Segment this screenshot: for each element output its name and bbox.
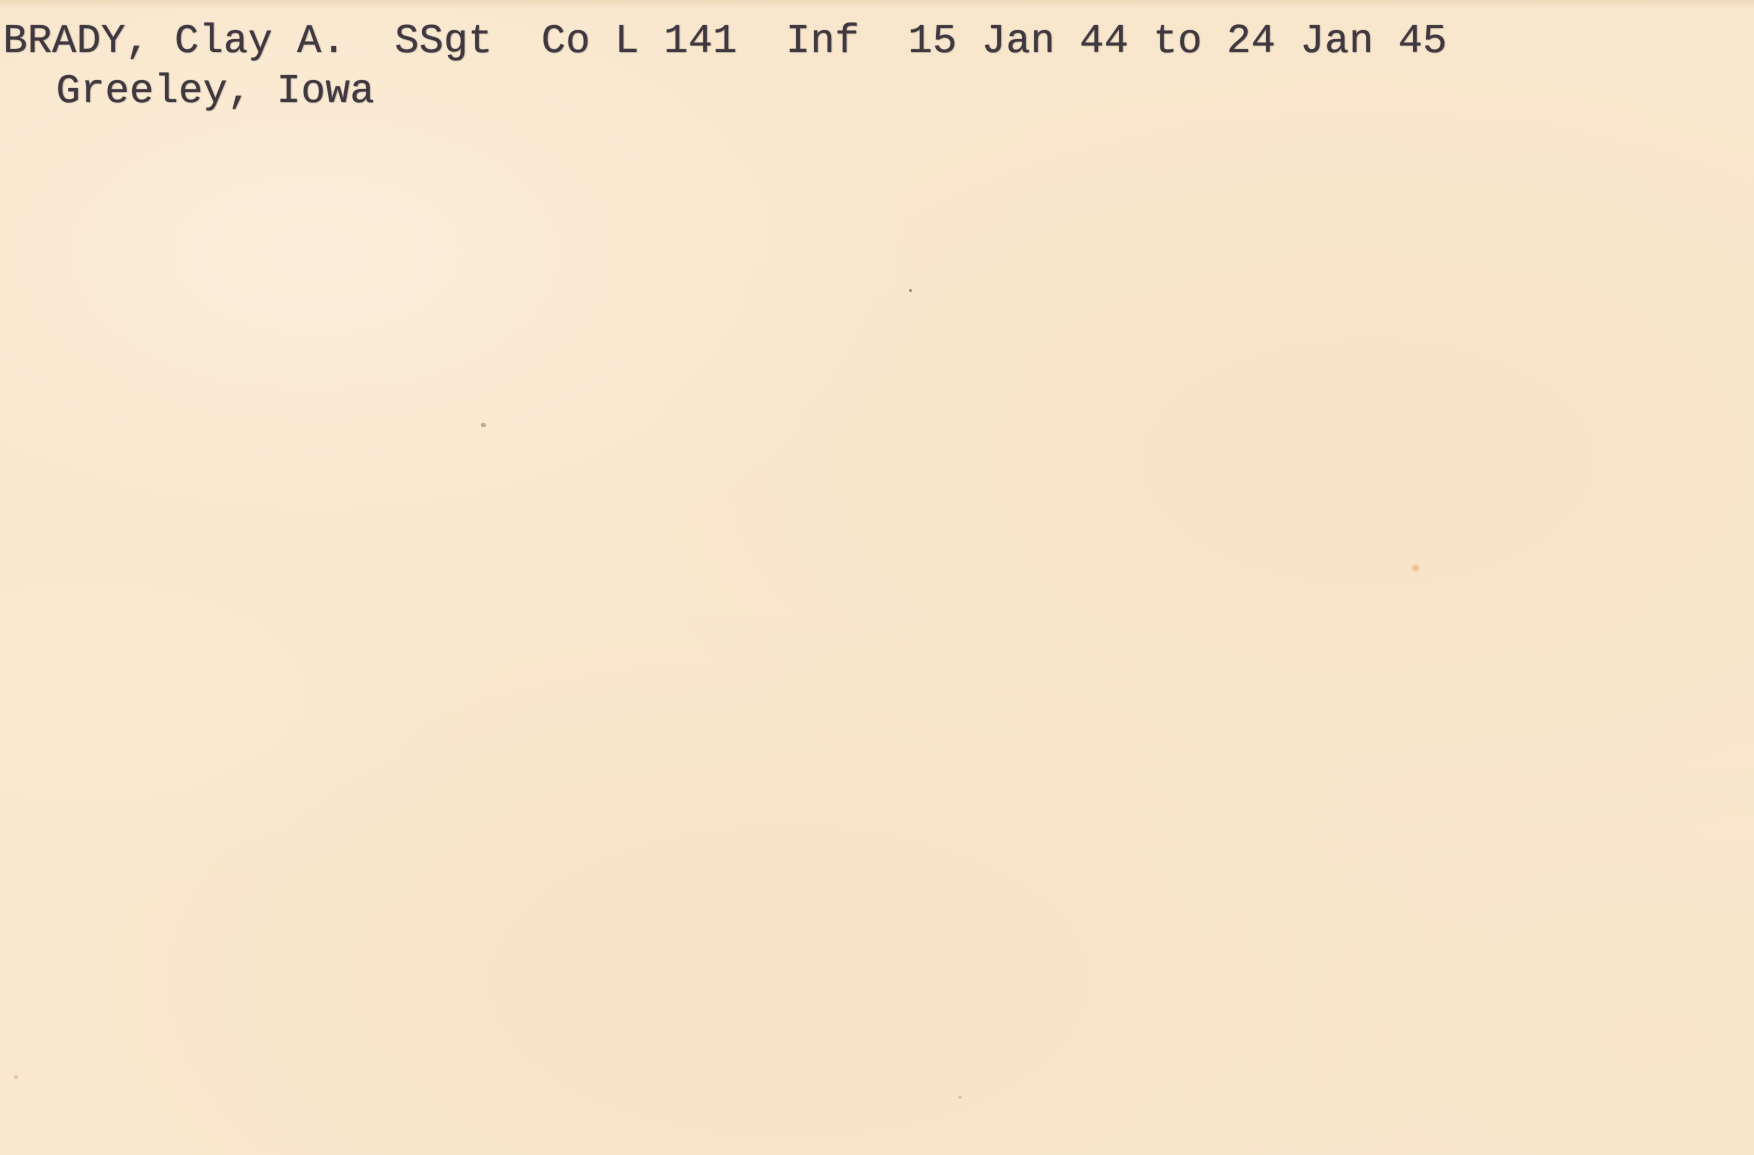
soldier-rank: SSgt bbox=[395, 19, 493, 65]
soldier-name: BRADY, Clay A. bbox=[3, 19, 346, 65]
paper-speck bbox=[909, 289, 912, 292]
paper-speck bbox=[14, 1075, 18, 1079]
paper-speck bbox=[958, 1096, 962, 1099]
typed-line-1: BRADY, Clay A.SSgtCo L 141Inf15 Jan 44 t… bbox=[3, 22, 1447, 63]
soldier-residence: Greeley, Iowa bbox=[56, 69, 375, 115]
index-card: BRADY, Clay A.SSgtCo L 141Inf15 Jan 44 t… bbox=[0, 0, 1754, 1155]
service-dates: 15 Jan 44 to 24 Jan 45 bbox=[908, 19, 1447, 65]
paper-speck bbox=[481, 423, 486, 427]
soldier-branch: Inf bbox=[786, 19, 860, 65]
typed-line-2: Greeley, Iowa bbox=[56, 72, 375, 113]
soldier-unit: Co L 141 bbox=[541, 19, 737, 65]
paper-speck bbox=[1412, 565, 1419, 571]
